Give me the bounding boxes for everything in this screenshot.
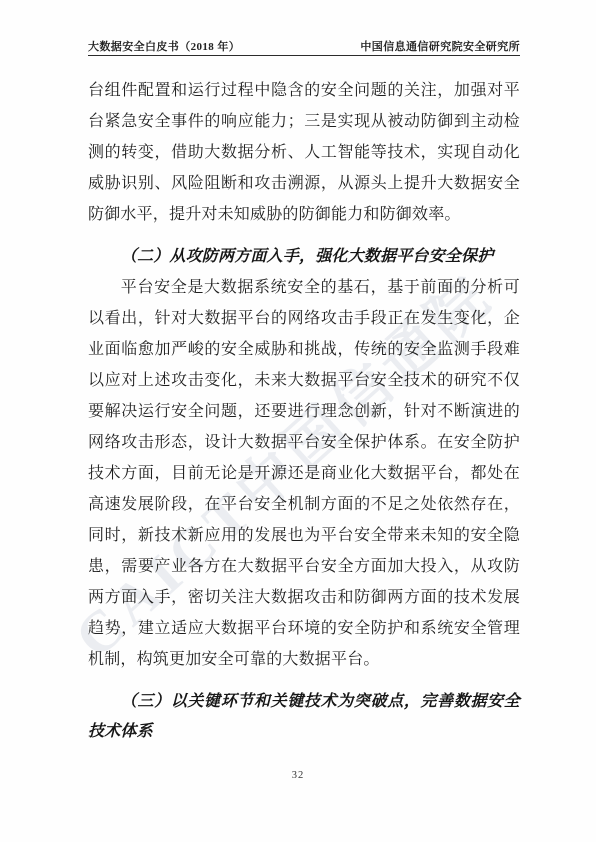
paragraph-line: 要解决运行安全问题，还要进行理念创新，针对不断演进的 bbox=[88, 396, 520, 427]
paragraph-line: 测的转变，借助大数据分析、人工智能等技术，实现自动化 bbox=[88, 137, 520, 168]
heading-line: （二）从攻防两方面入手，强化大数据平台安全保护 bbox=[88, 242, 520, 272]
heading-line: （三）以关键环节和关键技术为突破点，完善数据安全 bbox=[88, 687, 520, 717]
body-paragraph: 平台安全是大数据系统安全的基石，基于前面的分析可以看出，针对大数据平台的网络攻击… bbox=[88, 272, 520, 675]
paragraph-line: 以应对上述攻击变化，未来大数据平台安全技术的研究不仅 bbox=[88, 365, 520, 396]
heading-line: 技术体系 bbox=[88, 717, 520, 747]
paragraph-line: 机制，构筑更加安全可靠的大数据平台。 bbox=[88, 644, 520, 675]
document-content: 台组件配置和运行过程中隐含的安全问题的关注，加强对平台紧急安全事件的响应能力；三… bbox=[88, 75, 520, 747]
paragraph-line: 防御水平，提升对未知威胁的防御能力和防御效率。 bbox=[88, 199, 520, 230]
page-header: 大数据安全白皮书（2018 年） 中国信息通信研究院安全研究所 bbox=[88, 38, 520, 54]
paragraph-line: 平台安全是大数据系统安全的基石，基于前面的分析可 bbox=[88, 272, 520, 303]
paragraph-line: 技术方面，目前无论是开源还是商业化大数据平台，都处在 bbox=[88, 458, 520, 489]
header-rule bbox=[88, 55, 520, 56]
paragraph-line: 以看出，针对大数据平台的网络攻击手段正在发生变化，企 bbox=[88, 303, 520, 334]
document-page: 大数据安全白皮书（2018 年） 中国信息通信研究院安全研究所 CAICT中国信… bbox=[0, 0, 596, 842]
section-heading: （三）以关键环节和关键技术为突破点，完善数据安全技术体系 bbox=[88, 687, 520, 747]
paragraph-line: 台组件配置和运行过程中隐含的安全问题的关注，加强对平 bbox=[88, 75, 520, 106]
page-number: 32 bbox=[0, 770, 596, 781]
paragraph-line: 业面临愈加严峻的安全威胁和挑战，传统的安全监测手段难 bbox=[88, 334, 520, 365]
paragraph-line: 威胁识别、风险阻断和攻击溯源，从源头上提升大数据安全 bbox=[88, 168, 520, 199]
paragraph-line: 台紧急安全事件的响应能力；三是实现从被动防御到主动检 bbox=[88, 106, 520, 137]
section-heading: （二）从攻防两方面入手，强化大数据平台安全保护 bbox=[88, 242, 520, 272]
paragraph-line: 趋势，建立适应大数据平台环境的安全防护和系统安全管理 bbox=[88, 613, 520, 644]
paragraph-line: 患，需要产业各方在大数据平台安全方面加大投入，从攻防 bbox=[88, 551, 520, 582]
paragraph-line: 高速发展阶段，在平台安全机制方面的不足之处依然存在， bbox=[88, 489, 520, 520]
paragraph-line: 同时，新技术新应用的发展也为平台安全带来未知的安全隐 bbox=[88, 520, 520, 551]
header-left-title: 大数据安全白皮书（2018 年） bbox=[88, 38, 240, 54]
header-right-title: 中国信息通信研究院安全研究所 bbox=[360, 38, 520, 54]
paragraph-line: 两方面入手，密切关注大数据攻击和防御两方面的技术发展 bbox=[88, 582, 520, 613]
body-paragraph: 台组件配置和运行过程中隐含的安全问题的关注，加强对平台紧急安全事件的响应能力；三… bbox=[88, 75, 520, 230]
paragraph-line: 网络攻击形态，设计大数据平台安全保护体系。在安全防护 bbox=[88, 427, 520, 458]
